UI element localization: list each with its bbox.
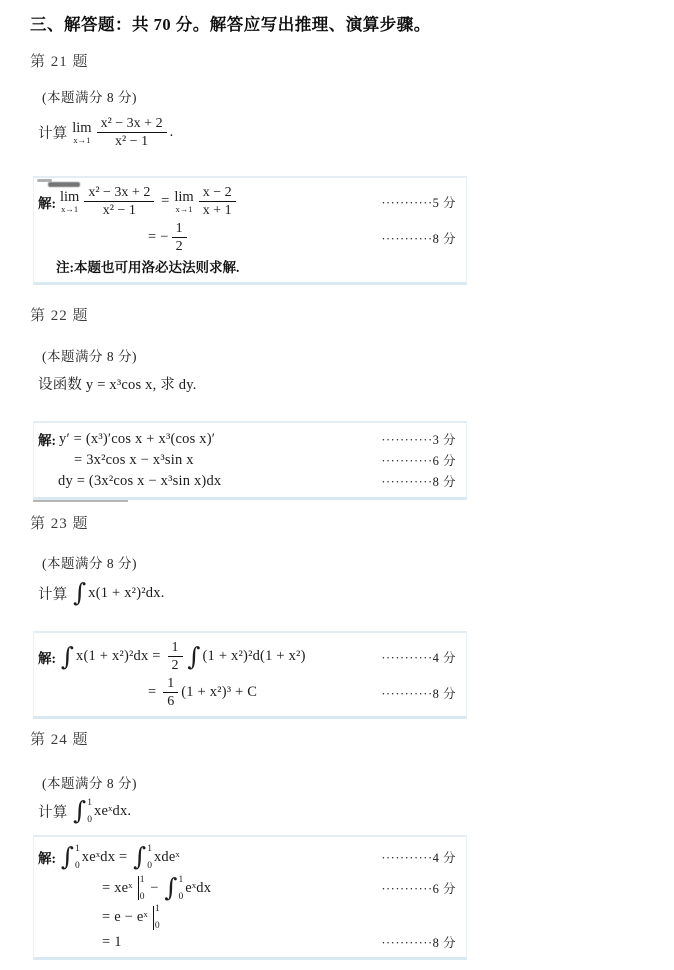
limit-operator: limx→1 xyxy=(72,121,91,145)
integral-upper-limit: 1 xyxy=(147,844,152,854)
limit-subscript: x→1 xyxy=(72,136,91,145)
fraction-numerator: 1 xyxy=(163,675,178,693)
math-token: eˣdx xyxy=(185,880,211,897)
integral-sign: ∫10 xyxy=(164,873,183,903)
upper-limit: 1 xyxy=(155,904,160,914)
fraction: x² − 3x + 2x² − 1 xyxy=(97,115,167,150)
math-token: = 1 xyxy=(102,934,122,951)
solution-label: 解: xyxy=(38,192,56,212)
math-token: (1 + x²)³ + C xyxy=(181,684,257,701)
solution-label: 解: xyxy=(38,847,56,867)
math-token: − xyxy=(146,880,162,897)
score-mark: ···········8 分 xyxy=(381,472,456,490)
integral-glyph: ∫ xyxy=(188,642,201,672)
limit-subscript: x→1 xyxy=(174,205,193,214)
evaluation-bar-limits: 10 xyxy=(155,904,160,931)
math-token: = 3x²cos x − x³sin x xyxy=(74,452,194,469)
question-23: 第 23 题 (本题满分 8 分) 计算 ∫x(1 + x²)²dx. 解:∫x… xyxy=(0,514,674,719)
fraction-denominator: 2 xyxy=(168,657,183,674)
score-mark: ···········4 分 xyxy=(381,848,456,866)
math-token: = e − eˣ xyxy=(102,909,148,926)
math-token: xeˣdx = xyxy=(82,849,131,866)
limit-word: lim xyxy=(72,121,91,136)
solution-formula: limx→1x² − 3x + 2x² − 1 = limx→1x − 2x +… xyxy=(59,184,239,219)
integral-limits: 10 xyxy=(75,844,80,871)
math-token: dy = (3x²cos x − x³sin x)dx xyxy=(58,473,221,490)
math-token: 设函数 y = x³cos x, 求 dy. xyxy=(38,373,197,394)
solution-line: 注:本题也可用洛必达法则求解. xyxy=(34,256,466,276)
question-title: 第 22 题 xyxy=(30,306,674,327)
solution-scan: 解:y′ = (x³)′cos x + x³(cos x)′··········… xyxy=(33,421,467,500)
problem-stem: 计算 limx→1x² − 3x + 2x² − 1. xyxy=(38,115,674,150)
integral-sign: ∫10 xyxy=(73,796,92,826)
question-22: 第 22 题 (本题满分 8 分) 设函数 y = x³cos x, 求 dy.… xyxy=(0,306,674,500)
math-token: x(1 + x²)²dx = xyxy=(76,648,164,665)
score-note: (本题满分 8 分) xyxy=(42,89,674,107)
score-mark: ···········5 分 xyxy=(381,193,456,211)
score-mark: ···········8 分 xyxy=(381,933,456,951)
limit-operator: limx→1 xyxy=(60,190,79,214)
limit-word: lim xyxy=(174,190,193,205)
integral-limits: 10 xyxy=(147,844,152,871)
fraction-denominator: 2 xyxy=(172,238,187,255)
problem-stem: 计算 ∫10xeˣdx. xyxy=(38,796,674,826)
solution-line: = e − eˣ10 xyxy=(34,904,466,931)
integral-glyph: ∫ xyxy=(61,642,74,672)
solution-scan: 解:limx→1x² − 3x + 2x² − 1 = limx→1x − 2x… xyxy=(33,176,467,285)
limit-subscript: x→1 xyxy=(60,205,79,214)
solution-formula: = 1 xyxy=(102,934,122,951)
math-token: (1 + x²)²d(1 + x²) xyxy=(203,648,306,665)
question-21: 第 21 题 (本题满分 8 分) 计算 limx→1x² − 3x + 2x²… xyxy=(0,52,674,285)
section-header: 三、解答题：共 70 分。解答应写出推理、演算步骤。 xyxy=(30,11,431,35)
solution-line: 解:∫x(1 + x²)²dx = 12∫(1 + x²)²d(1 + x²)·… xyxy=(34,639,466,674)
question-24: 第 24 题 (本题满分 8 分) 计算 ∫10xeˣdx. 解:∫10xeˣd… xyxy=(0,730,674,960)
solution-line: 解:limx→1x² − 3x + 2x² − 1 = limx→1x − 2x… xyxy=(34,184,466,219)
limit-word: lim xyxy=(60,190,79,205)
scan-artifact-edge xyxy=(33,500,128,502)
math-token: = − xyxy=(148,229,169,246)
integral-glyph: ∫ xyxy=(61,842,74,872)
fraction-denominator: x + 1 xyxy=(199,202,236,219)
solution-formula: = −12 xyxy=(148,220,190,255)
integral-lower-limit: 0 xyxy=(75,861,80,871)
limit-operator: limx→1 xyxy=(174,190,193,214)
problem-stem: 计算 ∫x(1 + x²)²dx. xyxy=(38,578,674,608)
math-token: 计算 xyxy=(38,801,71,822)
scan-artifact-smudge xyxy=(37,179,52,182)
evaluation-bar-limits: 10 xyxy=(140,875,145,902)
integral-glyph: ∫ xyxy=(73,578,86,608)
solution-label: 解: xyxy=(38,429,56,449)
score-mark: ···········3 分 xyxy=(381,430,456,448)
score-mark: ···········6 分 xyxy=(381,879,456,897)
integral-upper-limit: 1 xyxy=(179,875,184,885)
integral-limits: 10 xyxy=(87,798,92,825)
integral-sign: ∫ xyxy=(61,642,74,672)
integral-glyph: ∫ xyxy=(133,842,146,872)
lower-limit: 0 xyxy=(140,892,145,902)
question-title: 第 21 题 xyxy=(30,52,674,73)
fraction: 16 xyxy=(163,675,178,710)
fraction-numerator: x² − 3x + 2 xyxy=(84,184,154,202)
fraction-numerator: x² − 3x + 2 xyxy=(97,115,167,133)
integral-upper-limit: 1 xyxy=(87,798,92,808)
math-token: x(1 + x²)²dx. xyxy=(88,585,164,602)
solution-formula: ∫10xeˣdx = ∫10xdeˣ xyxy=(59,842,180,872)
integral-limits: 10 xyxy=(179,875,184,902)
solution-line: = 16(1 + x²)³ + C···········8 分 xyxy=(34,675,466,710)
math-token: = xeˣ xyxy=(102,880,133,897)
fraction-numerator: 1 xyxy=(168,639,183,657)
solution-formula: = xeˣ10 − ∫10eˣdx xyxy=(102,873,211,903)
integral-lower-limit: 0 xyxy=(87,815,92,825)
evaluation-bar: 10 xyxy=(135,875,145,902)
question-title: 第 23 题 xyxy=(30,514,674,535)
lower-limit: 0 xyxy=(155,921,160,931)
fraction-numerator: x − 2 xyxy=(199,184,236,202)
solution-line: = 3x²cos x − x³sin x···········6 分 xyxy=(34,450,466,470)
solution-line: dy = (3x²cos x − x³sin x)dx···········8 … xyxy=(34,471,466,491)
math-token: = xyxy=(148,684,160,701)
math-token: 计算 xyxy=(38,583,71,604)
integral-glyph: ∫ xyxy=(73,796,86,826)
integral-sign: ∫ xyxy=(188,642,201,672)
solution-note: 注:本题也可用洛必达法则求解. xyxy=(56,256,239,276)
integral-lower-limit: 0 xyxy=(147,861,152,871)
solution-label: 解: xyxy=(38,647,56,667)
score-mark: ···········4 分 xyxy=(381,648,456,666)
fraction-denominator: x² − 1 xyxy=(97,133,167,150)
solution-line: = xeˣ10 − ∫10eˣdx···········6 分 xyxy=(34,873,466,903)
math-token: = xyxy=(157,193,173,210)
score-mark: ···········6 分 xyxy=(381,451,456,469)
solution-formula: dy = (3x²cos x − x³sin x)dx xyxy=(58,473,221,490)
math-token: xeˣdx. xyxy=(94,803,131,820)
fraction: x − 2x + 1 xyxy=(199,184,236,219)
solution-scan: 解:∫x(1 + x²)²dx = 12∫(1 + x²)²d(1 + x²)·… xyxy=(33,631,467,719)
evaluation-bar-line xyxy=(138,876,139,900)
problem-stem: 设函数 y = x³cos x, 求 dy. xyxy=(38,373,674,394)
math-token: 计算 xyxy=(38,122,71,143)
solution-line: 解:y′ = (x³)′cos x + x³(cos x)′··········… xyxy=(34,429,466,449)
solution-line: = −12···········8 分 xyxy=(34,220,466,255)
integral-lower-limit: 0 xyxy=(179,892,184,902)
upper-limit: 1 xyxy=(140,875,145,885)
fraction: 12 xyxy=(168,639,183,674)
math-token: xdeˣ xyxy=(154,849,180,866)
math-token: . xyxy=(170,124,174,141)
integral-upper-limit: 1 xyxy=(75,844,80,854)
integral-glyph: ∫ xyxy=(164,873,177,903)
solution-line: 解:∫10xeˣdx = ∫10xdeˣ···········4 分 xyxy=(34,842,466,872)
solution-formula: = e − eˣ10 xyxy=(102,904,162,931)
integral-sign: ∫10 xyxy=(61,842,80,872)
score-note: (本题满分 8 分) xyxy=(42,555,674,573)
fraction-numerator: 1 xyxy=(172,220,187,238)
solution-formula: ∫x(1 + x²)²dx = 12∫(1 + x²)²d(1 + x²) xyxy=(59,639,306,674)
math-token: y′ = (x³)′cos x + x³(cos x)′ xyxy=(59,431,215,448)
evaluation-bar-line xyxy=(153,906,154,930)
score-note: (本题满分 8 分) xyxy=(42,348,674,366)
solution-formula: = 3x²cos x − x³sin x xyxy=(74,452,194,469)
fraction-denominator: 6 xyxy=(163,693,178,710)
solution-formula: = 16(1 + x²)³ + C xyxy=(148,675,257,710)
integral-sign: ∫10 xyxy=(133,842,152,872)
score-mark: ···········8 分 xyxy=(381,229,456,247)
fraction-denominator: x² − 1 xyxy=(84,202,154,219)
integral-sign: ∫ xyxy=(73,578,86,608)
score-note: (本题满分 8 分) xyxy=(42,775,674,793)
question-title: 第 24 题 xyxy=(30,730,674,751)
evaluation-bar: 10 xyxy=(150,904,160,931)
solution-scan: 解:∫10xeˣdx = ∫10xdeˣ···········4 分= xeˣ1… xyxy=(33,835,467,960)
fraction: 12 xyxy=(172,220,187,255)
solution-line: = 1···········8 分 xyxy=(34,932,466,952)
fraction: x² − 3x + 2x² − 1 xyxy=(84,184,154,219)
score-mark: ···········8 分 xyxy=(381,684,456,702)
solution-formula: y′ = (x³)′cos x + x³(cos x)′ xyxy=(59,431,215,448)
page-root: 三、解答题：共 70 分。解答应写出推理、演算步骤。 第 21 题 (本题满分 … xyxy=(0,0,674,970)
